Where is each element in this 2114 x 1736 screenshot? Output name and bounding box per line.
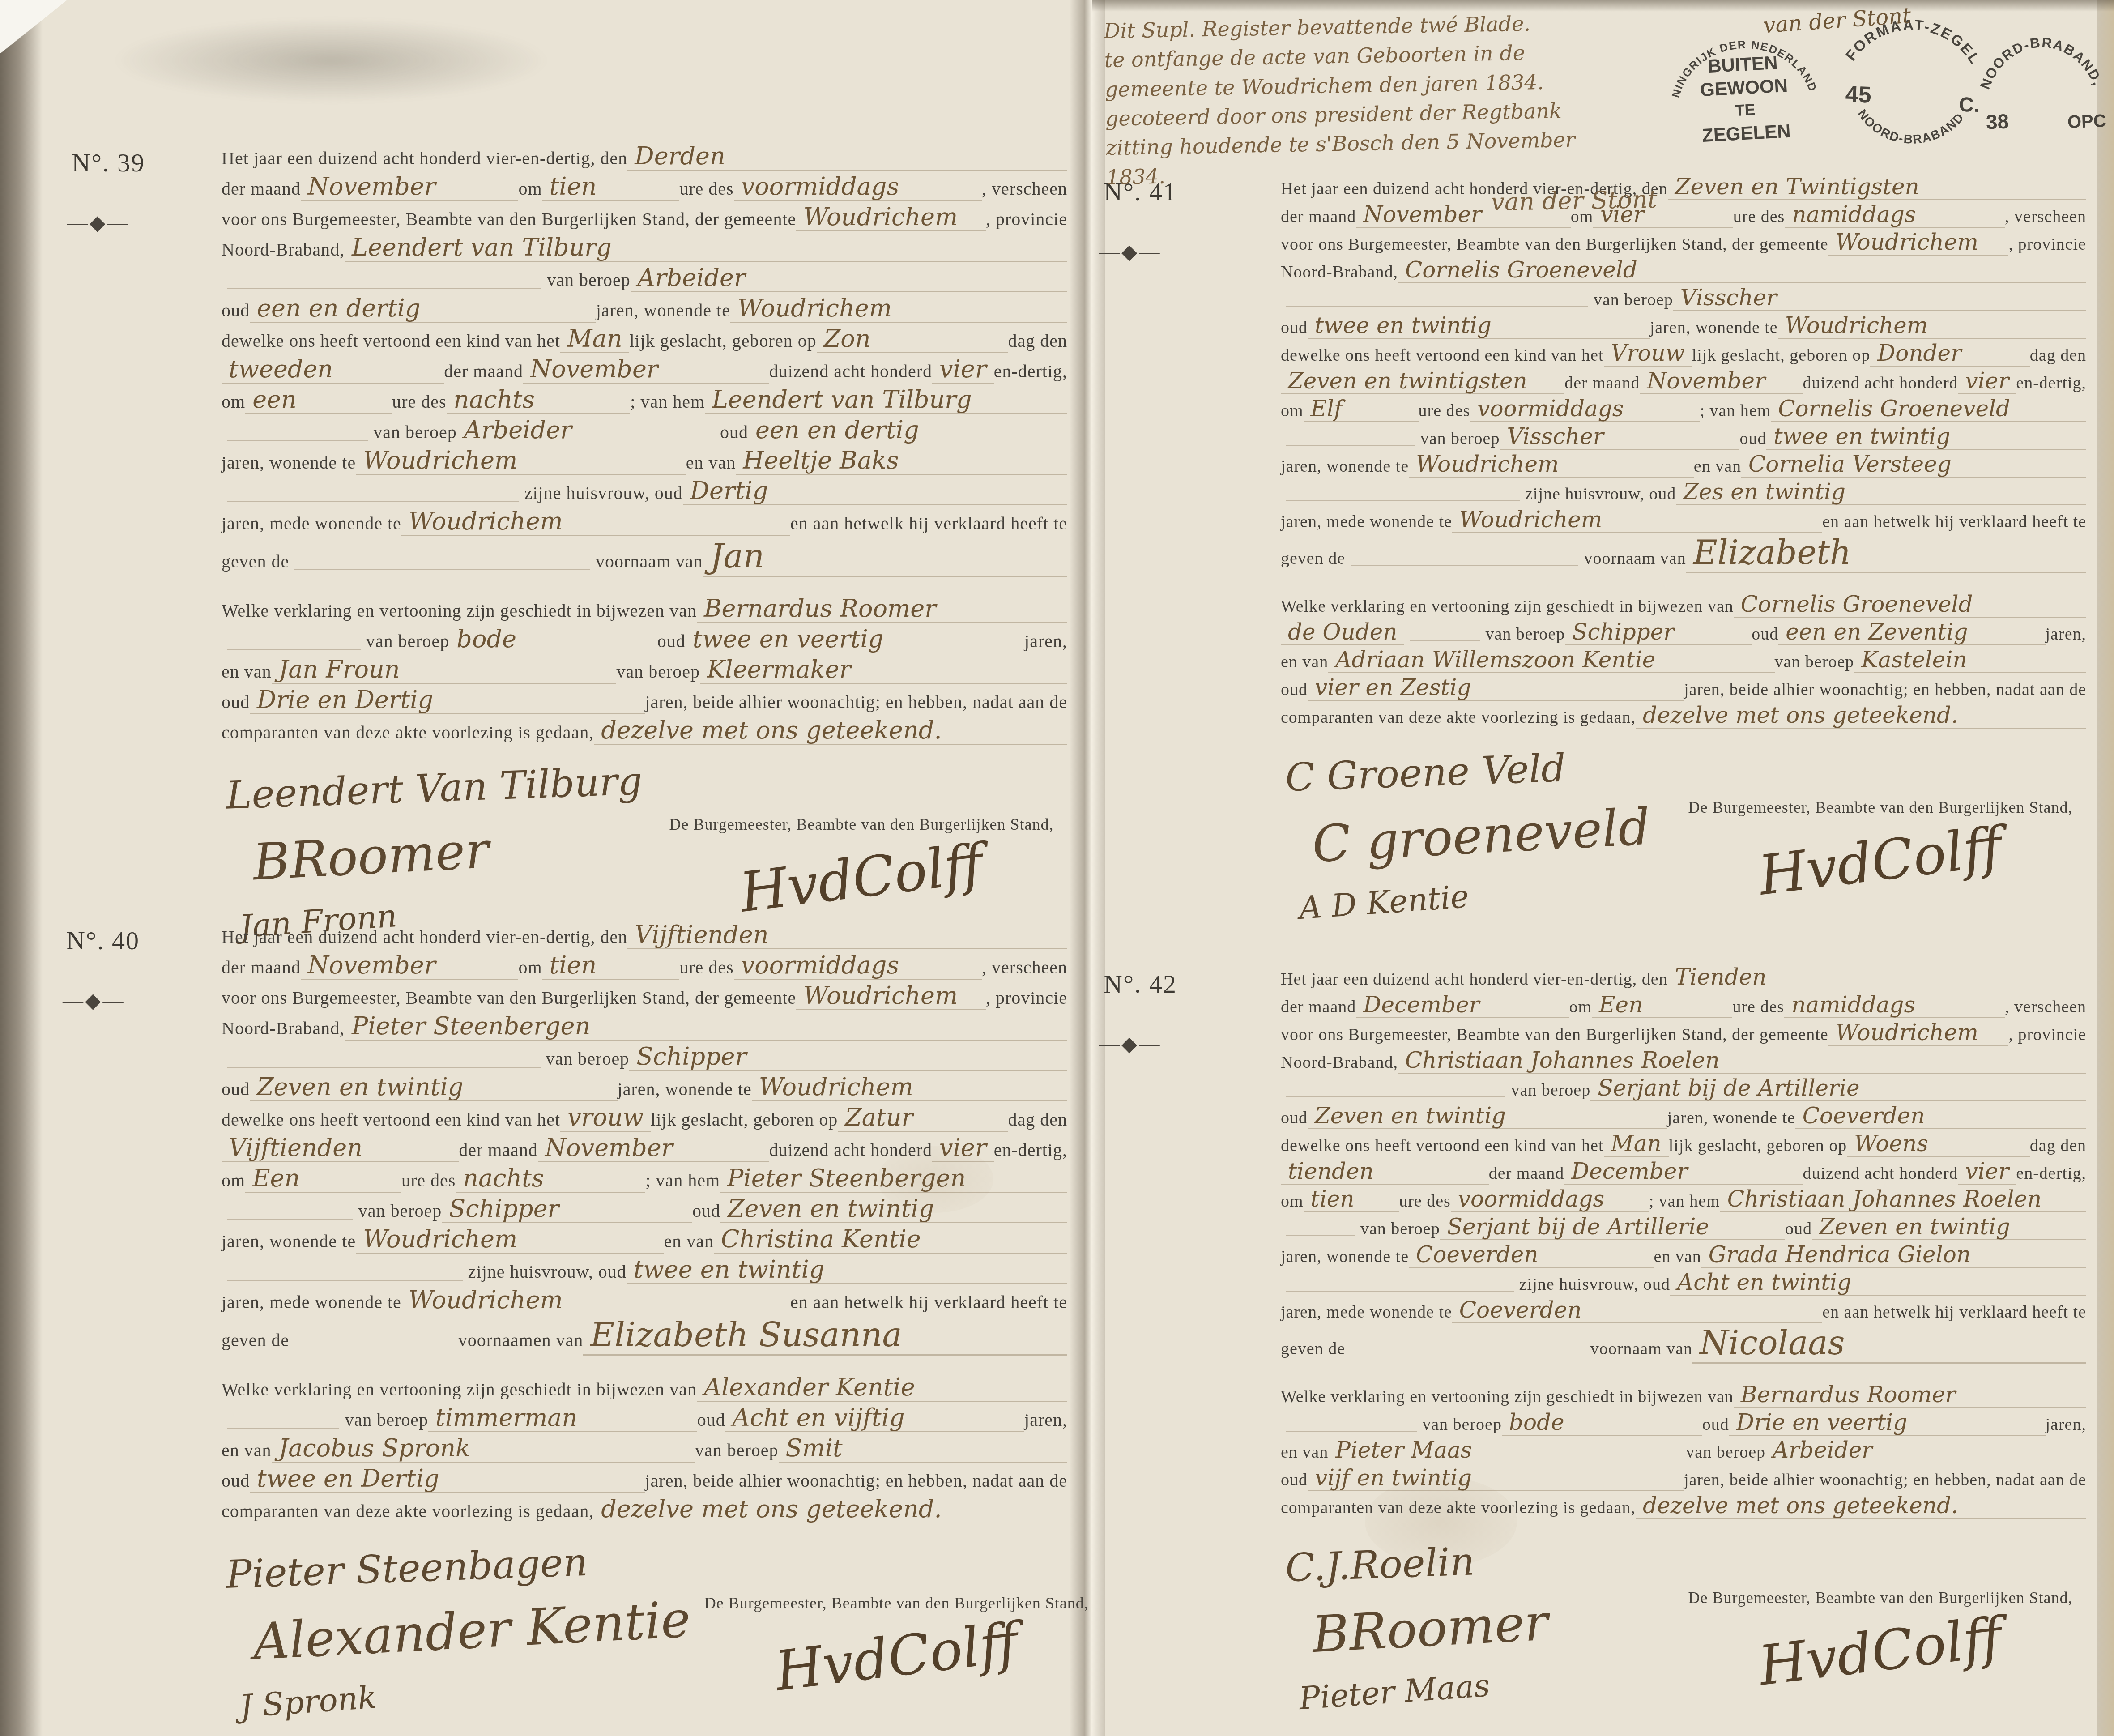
handwritten-father-place: Woudrichem [1409,453,1694,478]
register-scan: N°. 39 —◆— N°. 40 —◆— N°. 41 —◆— N°. 42 … [0,0,2114,1736]
form-line: de Ouden van beroep Schipper oud een en … [1281,621,2086,648]
printed-text: en van [686,452,736,473]
printed-text: oud [1702,1415,1729,1434]
printed-text: dag den [1008,1109,1067,1130]
form-line: van beroep Visscher oud twee en twintig [1281,425,2086,453]
printed-text: zijne huisvrouw, oud [1519,1275,1670,1294]
handwritten-weekday: Woens [1847,1132,2029,1157]
printed-text: van beroep [1485,624,1565,644]
handwritten-birth-hour: Elf [1304,397,1419,422]
printed-text: der maand [222,957,301,978]
form-line: Welke verklaring en vertooning zijn gesc… [1281,593,2086,621]
handwritten-father-occupation: Visscher [1500,425,1739,450]
printed-text: en van [1281,1442,1328,1462]
printed-text: van beroep [358,1200,442,1221]
printed-text: jaren, [1024,631,1067,652]
printed-text: ; van hem [1649,1191,1720,1211]
handwritten-mother-age: Acht en twintig [1670,1271,2086,1296]
handwritten-age: Zeven en twintig [250,1075,618,1101]
printed-text: , provincie [986,209,1067,230]
handwritten-witness2-name: Pieter Maas [1328,1439,1686,1463]
printed-text: dag den [2030,1136,2086,1156]
printed-text: oud [697,1409,725,1430]
handwritten-declarant-name: Christiaan Johannes Roelen [1398,1049,2086,1074]
form-line: van beroep Schipper [222,1045,1067,1075]
printed-text: der maand [459,1139,538,1160]
form-line: om tien ure des voormiddags ; van hem Ch… [1281,1188,2086,1216]
printed-text: en van [222,1440,272,1461]
printed-text: jaren, mede wonende te [222,513,401,534]
printed-text: van beroep [1686,1442,1765,1462]
book-right-edge [2097,0,2114,1736]
form-line: om Elf ure des voormiddags ; van hem Cor… [1281,397,2086,425]
ruled-line [294,568,590,570]
act-number-40: N°. 40 [66,926,140,955]
printed-text: om [1281,1191,1304,1211]
printed-text: lijk geslacht, geboren op [629,330,816,351]
handwritten-father-name: Cornelis Groeneveld [1771,397,2086,422]
printed-text: Noord-Braband, [1281,1053,1398,1072]
handwritten-birth-day: Zeven en twintigsten [1281,370,1564,394]
handwritten-witness1-name: Cornelis Groeneveld [1734,593,2086,618]
printed-text: ure des [679,178,733,199]
ink-bleedthrough [112,18,550,103]
printed-text: voornaam van [596,551,703,572]
printer-ornament: —◆— [1099,239,1161,264]
ruled-line [1286,305,1588,307]
printed-text: om [222,1170,245,1191]
printed-text: , verscheen [2005,207,2086,226]
handwritten-birth-hour: Een [245,1166,401,1193]
form-line: Het jaar een duizend acht honderd vier-e… [222,144,1067,175]
ruled-line [1286,1096,1505,1097]
handwritten-witness2-name: Jacobus Spronk [272,1436,695,1463]
handwritten-gemeente: Woudrichem [796,205,986,231]
form-line: oud vijf en twintig jaren, beide alhier … [1281,1467,2086,1494]
act-number-39: N°. 39 [72,148,145,178]
handwritten-witness2-occupation: Arbeider [1765,1439,2086,1463]
printed-text: oud [692,1200,720,1221]
handwritten-father-occupation: Arbeider [457,418,720,444]
handwritten-child-names: Elizabeth Susanna [583,1318,1067,1356]
printed-text: duizend acht honderd [1803,1164,1958,1183]
ruled-line [227,1066,541,1068]
handwritten-birth-hour: een [245,388,392,414]
handwritten-closing: dezelve met ons geteekend. [1636,704,2086,729]
printed-text: geven de [222,551,289,572]
handwritten-father-age: twee en twintig [1766,425,2086,450]
form-line: oud Drie en Dertig jaren, beide alhier w… [222,688,1067,718]
handwritten-place: Coeverden [1795,1105,2086,1129]
handwritten-father-place: Woudrichem [356,1227,664,1254]
form-line: zijne huisvrouw, oud Zes en twintig [1281,481,2086,508]
registrar-title: De Burgemeester, Beambte van den Burgerl… [690,1594,1102,1612]
signature: BRoomer [1311,1587,1676,1664]
handwritten-daypart: namiddags [1785,203,2005,228]
form-line: voor ons Burgemeester, Beambte van den B… [1281,231,2086,259]
handwritten-age: twee en twintig [1308,314,1650,339]
party-signatures: C Groene Veld C groeneveld A D Kentie [1281,749,1675,913]
printed-text: van beroep [546,1048,630,1069]
printed-text: jaren, [2046,1415,2086,1434]
form-line: voor ons Burgemeester, Beambte van den B… [222,984,1067,1014]
handwritten-birth-year: vier [932,1136,994,1162]
handwritten-closing: dezelve met ons geteekend. [594,718,1067,745]
form-line: comparanten van deze akte voorlezing is … [1281,704,2086,732]
ruled-line [1410,640,1480,641]
handwritten-father-name: Christiaan Johannes Roelen [1720,1188,2086,1212]
printed-text: lijk geslacht, geboren op [1692,345,1871,365]
form-line: voor ons Burgemeester, Beambte van den B… [222,205,1067,235]
handwritten-occupation: Visscher [1673,286,2086,311]
handwritten-daypart: voormiddags [734,175,982,201]
printed-text: jaren, wonende te [222,452,356,473]
signature: Alexander Kentie [251,1590,692,1671]
form-line: van beroep Serjant bij de Artillerie [1281,1077,2086,1105]
stamp-bottom-text: NOORD-BRABAND [1854,107,1967,148]
printed-text: om [1569,997,1592,1017]
printed-text: voor ons Burgemeester, Beambte van den B… [222,209,796,230]
printed-text: oud [222,691,250,712]
handwritten-occupation: Serjant bij de Artillerie [1590,1077,2086,1101]
handwritten-birth-year: vier [1958,1160,2016,1185]
form-line: dewelke ons heeft vertoond een kind van … [1281,342,2086,370]
handwritten-declarant-name: Cornelis Groeneveld [1398,259,2086,283]
printed-text: en aan hetwelk hij verklaard heeft te [1822,1302,2086,1322]
handwritten-day: Derden [627,144,1067,171]
form-line: jaren, mede wonende te Woudrichem en aan… [222,1288,1067,1318]
handwritten-day: Vijftienden [627,923,1067,949]
handwritten-mother-place: Coeverden [1452,1299,1822,1323]
handwritten-birth-month: December [1564,1160,1803,1185]
handwritten-father-place: Coeverden [1409,1243,1654,1268]
printed-text: van beroep [1594,290,1673,310]
handwritten-witness2-occupation: Kleermaker [700,657,1067,684]
handwritten-witness1-prefix: de Ouden [1281,621,1404,645]
printed-text: van beroep [1420,429,1500,448]
handwritten-day: Tienden [1668,966,2086,990]
handwritten-occupation: Schipper [629,1045,1067,1071]
printed-text: der maand [1281,997,1356,1017]
printed-text: jaren, wonende te [596,300,730,321]
form-line: jaren, wonende te Woudrichem en van Heel… [222,448,1067,479]
handwritten-closing: dezelve met ons geteekend. [1636,1494,2086,1519]
printed-text: oud [657,631,686,652]
form-line: tienden der maand December duizend acht … [1281,1160,2086,1188]
handwritten-witness2-age: Drie en Dertig [250,688,645,714]
form-line: en van Jacobus Spronk van beroep Smit [222,1436,1067,1467]
stamp-text: BUITEN [1707,52,1778,77]
signature: Leendert Van Tilburg [226,758,656,818]
form-line: zijne huisvrouw, oud Acht en twintig [1281,1271,2086,1299]
form-line: tweeden der maand November duizend acht … [222,357,1067,388]
handwritten-father-name: Pieter Steenbergen [720,1166,1067,1193]
printed-text: Het jaar een duizend acht honderd vier-e… [222,148,627,169]
form-line: der maand November om tien ure des voorm… [222,175,1067,205]
signature-block: C.J.Roelin BRoomer Pieter Maas De Burgem… [1281,1539,2086,1704]
printed-text: voor ons Burgemeester, Beambte van den B… [1281,1025,1828,1045]
act-number-42: N°. 42 [1104,969,1177,999]
handwritten-month: November [301,953,519,980]
handwritten-mother-age: Dertig [683,479,1067,505]
handwritten-birth-daypart: nachts [447,388,631,414]
signature: C Groene Veld [1285,742,1675,800]
printed-text: Noord-Braband, [222,1018,345,1039]
stamp-arc-text: NOORD-BRABAND, [1975,32,2106,92]
handwritten-father-age: een en dertig [748,418,1067,444]
handwritten-gemeente: Woudrichem [1828,1021,2009,1046]
form-line: zijne huisvrouw, oud Dertig [222,479,1067,509]
printed-text: duizend acht honderd [769,1139,932,1160]
printed-text: ure des [401,1170,456,1191]
handwritten-witness1-name: Bernardus Roomer [697,597,1067,623]
handwritten-weekday: Donder [1870,342,2030,367]
handwritten-witness2-age: twee en Dertig [250,1467,645,1493]
handwritten-place: Woudrichem [730,296,1067,323]
act-42: Het jaar een duizend acht honderd vier-e… [1281,966,2086,1704]
ruled-line [227,1218,353,1220]
crown-icon [2027,66,2058,85]
stamp-outer-ring [1974,16,2110,178]
ruled-line [227,1279,463,1281]
printed-text: voornaam van [1584,549,1686,568]
printed-text: voornaamen van [458,1330,583,1351]
form-line: Noord-Braband, Leendert van Tilburg [222,235,1067,266]
form-line: dewelke ons heeft vertoond een kind van … [222,327,1067,357]
form-line: en van Adriaan Willemszoon Kentie van be… [1281,648,2086,676]
signature-block: C Groene Veld C groeneveld A D Kentie De… [1281,749,2086,913]
form-line: oud Zeven en twintig jaren, wonende te C… [1281,1105,2086,1132]
book-left-edge [0,0,43,1736]
form-line: om Een ure des nachts ; van hem Pieter S… [222,1166,1067,1197]
handwritten-weekday: Zon [817,327,1008,353]
act-40: Het jaar een duizend acht honderd vier-e… [222,923,1067,1709]
printed-text: en aan hetwelk hij verklaard heeft te [790,513,1067,534]
printed-text: van beroep [1775,652,1854,672]
form-line: geven de voornaam van Jan [222,540,1067,577]
registrar-block: De Burgemeester, Beambte van den Burgerl… [656,766,1067,910]
form-line: van beroep Serjant bij de Artillerie oud… [1281,1216,2086,1243]
form-line: geven de voornaamen van Elizabeth Susann… [222,1318,1067,1356]
printed-text: Welke verklaring en vertooning zijn gesc… [222,600,697,621]
ruled-line [227,439,368,441]
handwritten-closing: dezelve met ons geteekend. [594,1497,1067,1523]
printed-text: Het jaar een duizend acht honderd vier-e… [222,926,627,947]
printed-text: jaren, wonende te [1281,1247,1409,1267]
handwritten-witness2-age: vijf en twintig [1308,1467,1684,1491]
printed-text: comparanten van deze akte voorlezing is … [1281,1498,1636,1518]
form-line: om een ure des nachts ; van hem Leendert… [222,388,1067,418]
printed-text: Noord-Braband, [1281,262,1398,282]
handwritten-father-age: Zeven en twintig [1812,1216,2086,1240]
registrar-signature: HvdColff [771,1610,1022,1703]
handwritten-gemeente: Woudrichem [796,984,986,1010]
printed-text: oud [222,300,250,321]
printed-text: oud [1752,624,1778,644]
shield-icon [2026,88,2061,147]
registrar-title: De Burgemeester, Beambte van den Burgerl… [1675,798,2086,817]
printed-text: oud [222,1079,250,1100]
printed-text: oud [1739,429,1766,448]
form-line: Vijftienden der maand November duizend a… [222,1136,1067,1166]
handwritten-witness1-age: een en Zeventig [1778,621,2045,645]
printed-text: jaren, wonende te [1667,1108,1795,1128]
handwritten-month: December [1356,994,1569,1018]
printed-text: der maand [1564,373,1640,393]
form-line: der maand December om Een ure des namidd… [1281,994,2086,1021]
printed-text: om [518,178,542,199]
printed-text: ; van hem [1700,401,1771,421]
printed-text: ; van hem [645,1170,720,1191]
handwritten-witness2-occupation: Smit [779,1436,1067,1463]
handwritten-declarant-name: Leendert van Tilburg [345,235,1067,262]
form-line: van beroep Visscher [1281,286,2086,314]
printed-text: jaren, mede wonende te [222,1292,401,1313]
shield-icon [1892,76,1930,130]
printed-text: dewelke ons heeft vertoond een kind van … [222,1109,560,1130]
form-line: Het jaar een duizend acht honderd vier-e… [1281,966,2086,994]
printed-text: zijne huisvrouw, oud [1525,484,1676,504]
printed-text: ure des [1419,401,1470,421]
printed-text: en van [1281,652,1328,672]
handwritten-witness1-occupation: timmerman [428,1406,697,1432]
ruled-line [1286,1234,1355,1236]
handwritten-mother-place: Woudrichem [401,509,790,536]
form-line: van beroep bode oud Drie en veertig jare… [1281,1411,2086,1439]
form-line: Welke verklaring en vertooning zijn gesc… [222,597,1067,627]
printed-text: , provincie [2008,235,2086,254]
printed-text: en van [1694,456,1741,476]
signature: C.J.Roelin [1285,1532,1675,1591]
form-line: jaren, wonende te Coeverden en van Grada… [1281,1243,2086,1271]
handwritten-witness1-name: Alexander Kentie [697,1375,1067,1402]
party-signatures: Pieter Steenbagen Alexander Kentie J Spr… [222,1544,690,1709]
handwritten-child-names: Jan [703,540,1067,577]
handwritten-witness1-name: Bernardus Roomer [1734,1383,2086,1408]
ruled-line [1286,499,1520,501]
form-line: van beroep Arbeider oud een en dertig [222,418,1067,448]
signature-block: Leendert Van Tilburg BRoomer Jan Fronn D… [222,766,1067,930]
printed-text: van beroep [366,631,450,652]
printed-text: oud [1785,1219,1812,1239]
registrar-signature: HvdColff [737,832,987,924]
handwritten-witness2-age: vier en Zestig [1308,676,1684,701]
printed-text: en-dertig, [2016,1164,2086,1183]
form-line: Welke verklaring en vertooning zijn gesc… [1281,1383,2086,1411]
handwritten-birth-year: vier [932,357,994,384]
registration-annotation: Dit Supl. Register bevattende twé Blade.… [1104,7,1675,226]
registrar-signature: HvdColff [1756,1605,2006,1698]
registrar-block: De Burgemeester, Beambte van den Burgerl… [1675,749,2086,893]
handwritten-gender: Vrouw [1604,342,1692,367]
registrar-block: De Burgemeester, Beambte van den Burgerl… [690,1544,1102,1689]
act-39: Het jaar een duizend acht honderd vier-e… [222,144,1067,930]
form-line: Zeven en twintigsten der maand November … [1281,370,2086,397]
printed-text: van beroep [547,269,631,290]
printed-text: om [1281,401,1304,421]
handwritten-father-occupation: Schipper [442,1197,692,1223]
printed-text: van beroep [616,661,700,682]
printed-text: dewelke ons heeft vertoond een kind van … [1281,345,1604,365]
handwritten-witness1-occupation: bode [1502,1411,1702,1436]
handwritten-birth-daypart: voormiddags [1451,1188,1649,1212]
form-line: Het jaar een duizend acht honderd vier-e… [222,923,1067,953]
handwritten-father-name: Leendert van Tilburg [705,388,1067,414]
form-line: van beroep bode oud twee en veertig jare… [222,627,1067,657]
form-line: dewelke ons heeft vertoond een kind van … [222,1105,1067,1136]
registrar-title: De Burgemeester, Beambte van den Burgerl… [1675,1588,2086,1607]
handwritten-occupation: Arbeider [631,266,1067,292]
form-line: der maand November om tien ure des voorm… [222,953,1067,984]
ruled-line [294,1347,452,1348]
printed-text: der maand [222,178,301,199]
printed-text: jaren, beide alhier woonachtig; en hebbe… [1684,680,2086,700]
printed-text: Welke verklaring en vertooning zijn gesc… [222,1379,697,1400]
handwritten-father-place: Woudrichem [356,448,686,475]
form-line: oud Zeven en twintig jaren, wonende te W… [222,1075,1067,1105]
handwritten-birth-month: November [523,357,769,384]
form-line: jaren, wonende te Woudrichem en van Corn… [1281,453,2086,481]
printed-text: oud [1281,1470,1308,1490]
form-line: comparanten van deze akte voorlezing is … [222,718,1067,749]
printed-text: ure des [679,957,733,978]
printed-text: jaren, wonende te [618,1079,752,1100]
handwritten-mother-age: Zes en twintig [1676,481,2086,505]
ruled-line [227,648,361,650]
form-line: zijne huisvrouw, oud twee en twintig [222,1258,1067,1288]
stamp-text: TE [1735,100,1756,119]
printer-ornament: —◆— [63,988,125,1012]
handwritten-mother-place: Woudrichem [1452,508,1822,533]
printed-text: oud [1281,318,1308,337]
handwritten-witness1-occupation: Schipper [1565,621,1752,645]
handwritten-birth-day: Vijftienden [222,1136,459,1162]
printed-text: Het jaar een duizend acht honderd vier-e… [1281,969,1668,989]
party-signatures: C.J.Roelin BRoomer Pieter Maas [1281,1539,1675,1704]
form-line: en van Pieter Maas van beroep Arbeider [1281,1439,2086,1467]
ruled-line [227,500,519,502]
printed-text: Noord-Braband, [222,239,345,260]
printed-text: geven de [1281,549,1345,568]
handwritten-father-occupation: Serjant bij de Artillerie [1440,1216,1785,1240]
registrar-block: De Burgemeester, Beambte van den Burgerl… [1675,1539,2086,1683]
handwritten-birth-year: vier [1958,370,2016,394]
handwritten-birth-day: tweeden [222,357,444,384]
handwritten-witness1-age: Drie en veertig [1729,1411,2046,1436]
handwritten-weekday: Zatur [838,1105,1008,1132]
printed-text: oud [1281,680,1308,700]
stamp-text: ZEGELEN [1701,120,1791,146]
ruled-line [1351,564,1578,566]
handwritten-hour: tien [542,953,680,980]
handwritten-mother-age: twee en twintig [627,1258,1067,1284]
handwritten-gender: Man [1604,1132,1669,1157]
printed-text: jaren, beide alhier woonachtig; en hebbe… [1684,1470,2086,1490]
printed-text: jaren, beide alhier woonachtig; en hebbe… [645,1470,1068,1491]
handwritten-father-age: Zeven en twintig [720,1197,1067,1223]
handwritten-gemeente: Woudrichem [1828,231,2009,256]
handwritten-witness1-age: twee en veertig [686,627,1024,653]
printed-text: oud [1281,1108,1308,1128]
handwritten-mother-place: Woudrichem [401,1288,790,1314]
form-line: van beroep Schipper oud Zeven en twintig [222,1197,1067,1227]
form-line: comparanten van deze akte voorlezing is … [222,1497,1067,1527]
svg-text:NOORD-BRABAND,: NOORD-BRABAND, [1975,32,2106,92]
printed-text: jaren, mede wonende te [1281,1302,1452,1322]
handwritten-place: Woudrichem [752,1075,1067,1101]
printed-text: en van [664,1231,714,1252]
printed-text: jaren, [1024,1409,1067,1430]
